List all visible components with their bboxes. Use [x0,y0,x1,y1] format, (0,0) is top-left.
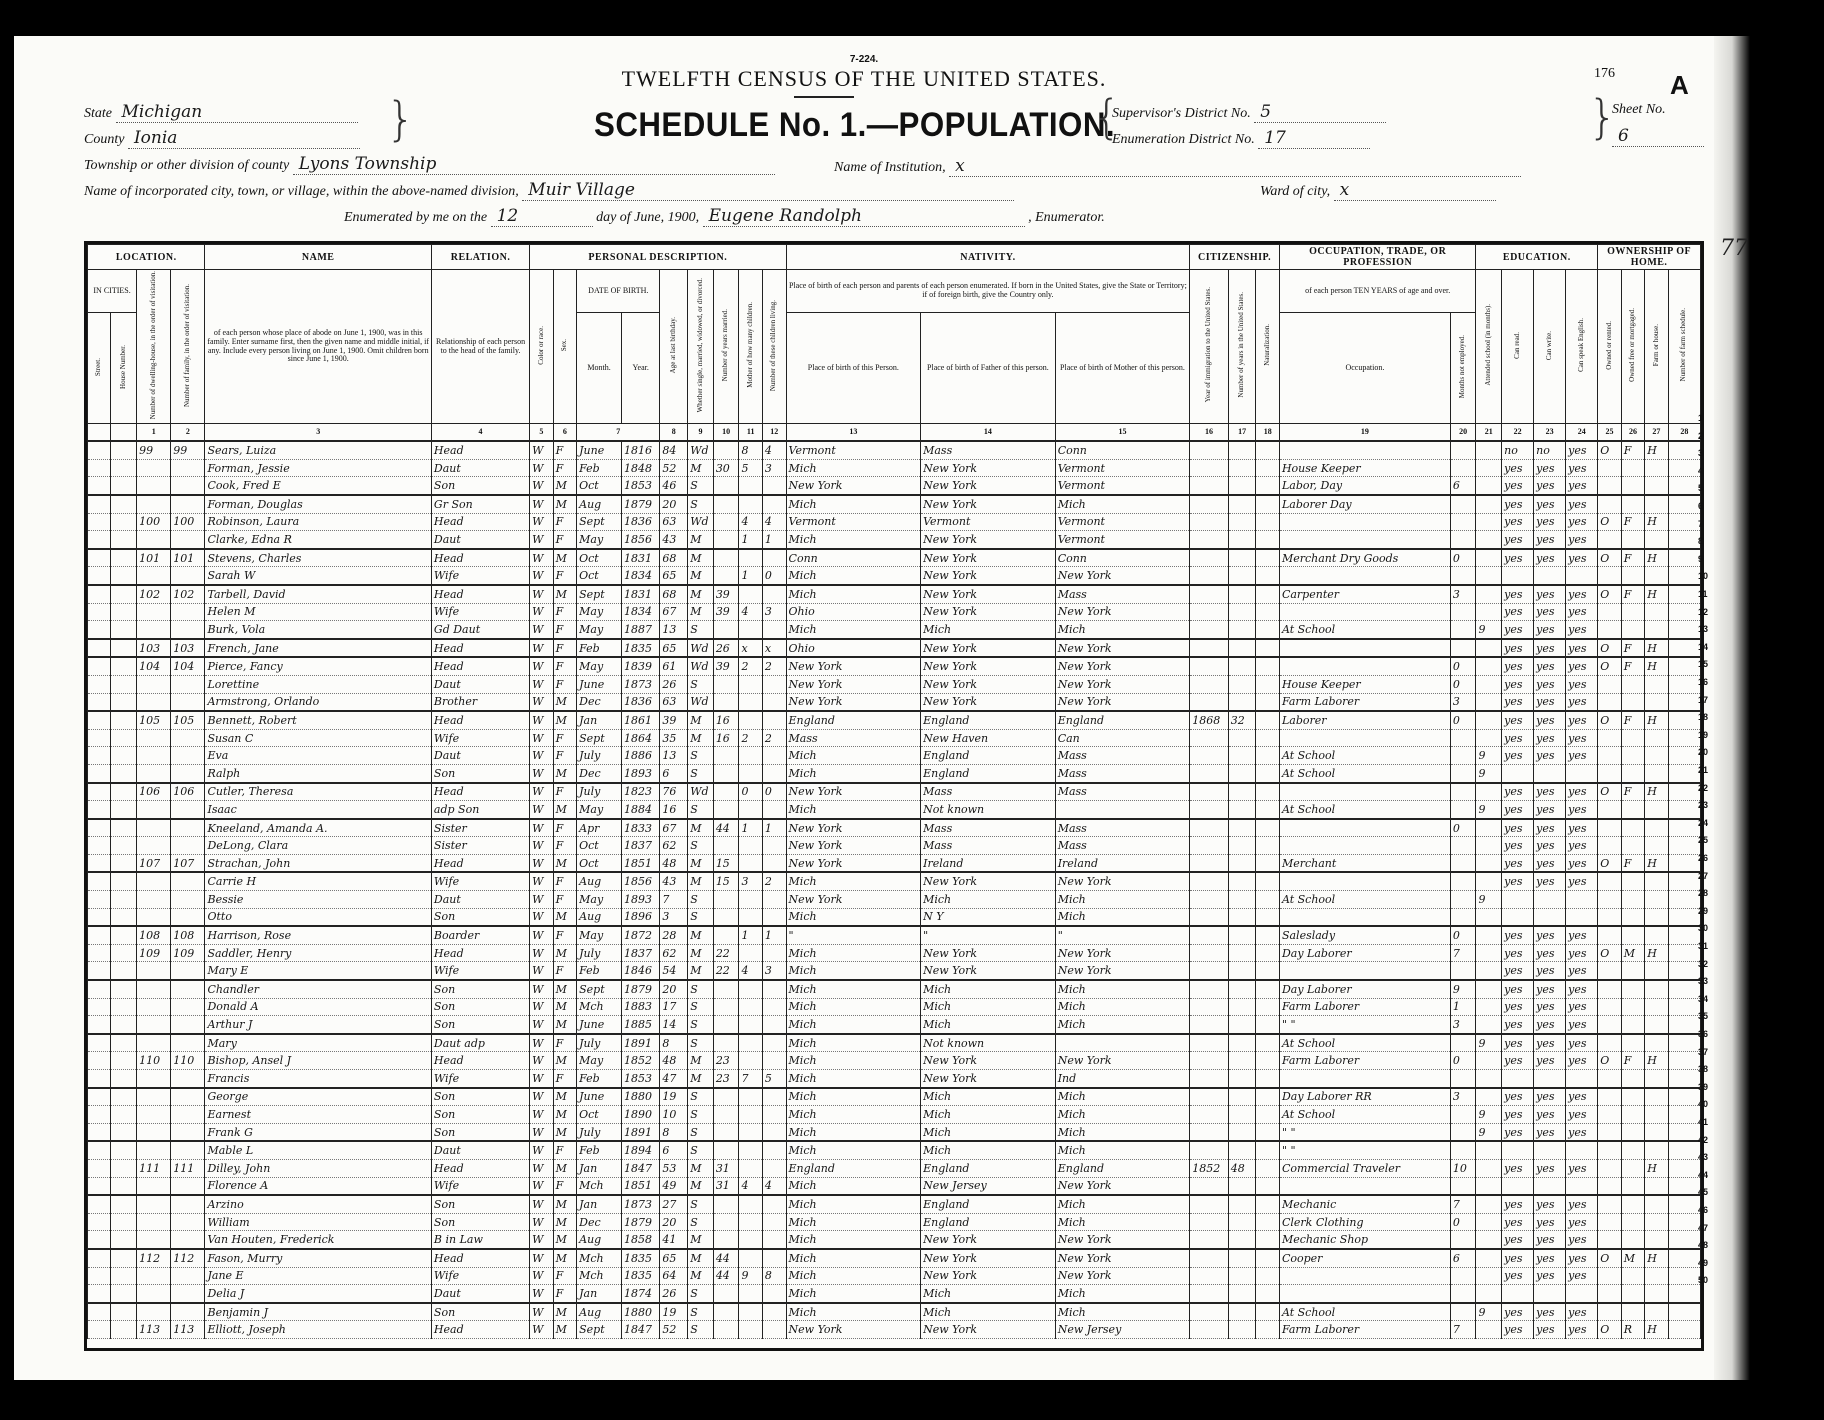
cell-marital-status: S [688,1213,714,1231]
cell-family-number [171,693,205,711]
table-row: 101101Stevens, CharlesHeadWMOct183168MCo… [88,549,1701,567]
cell-farm-or-house [1645,819,1668,837]
cell-owned-free-mortgaged [1621,1016,1644,1034]
cell-birthplace-mother: England [1055,1159,1190,1177]
row-number: 22 [1698,783,1708,793]
cell-birth-month: Oct [577,549,622,567]
cell-birthplace-mother: Mich [1055,1285,1190,1303]
cell-birth-year: 1858 [621,1231,659,1249]
cell-dwelling-number: 113 [137,1321,171,1339]
cell-age: 54 [660,962,688,980]
cell-sex: M [553,854,576,872]
cell-years-in-us [1228,837,1256,855]
cell-months-not-employed [1450,603,1476,621]
cell-owned-rented [1598,872,1621,890]
cell-sex: M [553,1213,576,1231]
cell-can-read: yes [1502,1034,1534,1052]
cell-attended-school [1476,1159,1502,1177]
cell-attended-school: 9 [1476,747,1502,765]
cell-dwelling-number [137,980,171,998]
cell-age: 8 [660,1123,688,1141]
cell-birthplace-father: New York [921,567,1056,585]
cell-years-married [713,1016,739,1034]
cell-relation: Wife [431,962,529,980]
cell-house-number [111,926,137,944]
cell-immigration-year [1190,459,1228,477]
cell-dwelling-number [137,837,171,855]
name-instructions: of each person whose place of abode on J… [205,270,431,424]
cell-birthplace-mother: England [1055,711,1190,729]
cell-mother-of: 2 [739,729,762,747]
cell-street [88,567,111,585]
cell-house-number [111,657,137,675]
cell-family-number [171,801,205,819]
cell-owned-rented [1598,891,1621,909]
cell-owned-rented [1598,1267,1621,1285]
title-divider [794,96,854,98]
cell-children-living: 5 [762,1070,786,1088]
cell-owned-rented [1598,459,1621,477]
cell-birthplace-mother: Mich [1055,1088,1190,1106]
cell-immigration-year [1190,729,1228,747]
cell-family-number [171,567,205,585]
cell-birthplace-person: Mich [786,1123,921,1141]
cell-street [88,1016,111,1034]
cell-can-read [1502,1141,1534,1159]
cell-birthplace-mother: Mich [1055,1123,1190,1141]
cell-marital-status: S [688,747,714,765]
cell-mother-of [739,693,762,711]
cell-farm-or-house [1645,1088,1668,1106]
cell-marital-status: M [688,531,714,549]
cell-years-in-us [1228,1231,1256,1249]
cell-attended-school [1476,1231,1502,1249]
cell-marital-status: M [688,1249,714,1267]
table-row: Forman, DouglasGr SonWMAug187920SMichNew… [88,495,1701,513]
cell-years-in-us [1228,854,1256,872]
cell-house-number [111,908,137,926]
cell-marital-status: S [688,1285,714,1303]
cell-can-write: yes [1534,837,1566,855]
cell-years-in-us [1228,1321,1256,1339]
cell-house-number [111,567,137,585]
col-marital-status: Whether single, married, widowed, or div… [688,270,714,424]
cell-person-name: Dilley, John [205,1159,431,1177]
enumerated-field: Enumerated by me on the 12 day of June, … [344,206,1105,227]
cell-age: 52 [660,459,688,477]
cell-sex: F [553,603,576,621]
cell-years-in-us: 48 [1228,1159,1256,1177]
table-row: Donald ASonWMMch188317SMichMichMichFarm … [88,998,1701,1016]
cell-mother-of [739,980,762,998]
row-number: 46 [1698,1205,1708,1215]
cell-farm-or-house: H [1645,639,1668,658]
cell-can-read: yes [1502,1016,1534,1034]
column-number: 15 [1055,424,1190,442]
cell-birthplace-person: New York [786,477,921,495]
cell-attended-school [1476,1088,1502,1106]
col-dwelling-number: Number of dwelling-house, in the order o… [137,270,171,424]
cell-immigration-year [1190,908,1228,926]
cell-family-number [171,603,205,621]
cell-immigration-year [1190,477,1228,495]
cell-mother-of: 0 [739,783,762,801]
cell-dwelling-number [137,567,171,585]
cell-sex: F [553,1177,576,1195]
column-number: 22 [1502,424,1534,442]
cell-birthplace-person: New York [786,1321,921,1339]
cell-family-number [171,729,205,747]
cell-attended-school [1476,459,1502,477]
cell-attended-school [1476,872,1502,890]
cell-marital-status: M [688,585,714,603]
cell-person-name: Francis [205,1070,431,1088]
cell-birth-year: 1886 [621,747,659,765]
table-row: OttoSonWMAug18963SMichN YMich [88,908,1701,926]
cell-children-living: 3 [762,459,786,477]
cell-birth-month: Sept [577,513,622,531]
cell-person-name: Bessie [205,891,431,909]
cell-attended-school [1476,1213,1502,1231]
cell-birthplace-person: Mich [786,1088,921,1106]
cell-birth-month: Sept [577,1321,622,1339]
cell-farm-schedule [1668,675,1700,693]
cell-age: 39 [660,711,688,729]
cell-marital-status: M [688,1231,714,1249]
cell-naturalization [1256,764,1279,782]
cell-birthplace-mother: Vermont [1055,459,1190,477]
cell-birthplace-mother: Mass [1055,837,1190,855]
cell-can-read: yes [1502,1249,1534,1267]
cell-can-write: yes [1534,819,1566,837]
cell-occupation: Mechanic [1279,1195,1450,1213]
cell-person-name: Cook, Fred E [205,477,431,495]
cell-color: W [530,1123,553,1141]
cell-farm-schedule [1668,998,1700,1016]
cell-color: W [530,585,553,603]
cell-naturalization [1256,621,1279,639]
cell-family-number [171,998,205,1016]
cell-farm-or-house: H [1645,441,1668,459]
cell-color: W [530,495,553,513]
cell-farm-or-house: H [1645,549,1668,567]
cell-birthplace-father: N Y [921,908,1056,926]
cell-occupation [1279,1267,1450,1285]
cell-years-in-us [1228,926,1256,944]
cell-attended-school [1476,837,1502,855]
cell-can-speak-english: yes [1566,1052,1598,1070]
cell-immigration-year [1190,747,1228,765]
cell-birthplace-person: Mich [786,962,921,980]
cell-can-speak-english: yes [1566,872,1598,890]
cell-years-in-us [1228,819,1256,837]
cell-children-living [762,980,786,998]
cell-can-speak-english: yes [1566,1034,1598,1052]
cell-can-read: yes [1502,657,1534,675]
table-row: 108108Harrison, RoseBoarderWFMay187228M1… [88,926,1701,944]
cell-marital-status: M [688,944,714,962]
cell-years-in-us [1228,549,1256,567]
cell-birth-year: 1834 [621,603,659,621]
cell-children-living: 2 [762,657,786,675]
cell-owned-rented [1598,1141,1621,1159]
cell-birthplace-person: Mich [786,1195,921,1213]
cell-can-write [1534,1070,1566,1088]
cell-farm-schedule [1668,764,1700,782]
cell-owned-free-mortgaged [1621,1267,1644,1285]
cell-immigration-year [1190,1285,1228,1303]
row-number: 30 [1698,923,1708,933]
cell-occupation: Merchant Dry Goods [1279,549,1450,567]
cell-owned-free-mortgaged: F [1621,585,1644,603]
cell-children-living [762,1159,786,1177]
cell-street [88,549,111,567]
township-value: Lyons Township [293,154,775,175]
cell-birthplace-mother: Ind [1055,1070,1190,1088]
cell-months-not-employed [1450,531,1476,549]
col-years-in-us: Number of years in the United States. [1228,270,1256,424]
cell-street [88,621,111,639]
col-birthplace-father: Place of birth of Father of this person. [921,313,1056,424]
cell-children-living [762,944,786,962]
cell-birthplace-mother: " [1055,926,1190,944]
cell-years-married [713,495,739,513]
cell-years-in-us [1228,747,1256,765]
cell-birthplace-mother: Mich [1055,980,1190,998]
cell-farm-or-house [1645,891,1668,909]
cell-marital-status: S [688,1123,714,1141]
cell-street [88,459,111,477]
cell-street [88,1321,111,1339]
cell-attended-school [1476,1141,1502,1159]
cell-years-in-us [1228,693,1256,711]
cell-farm-schedule [1668,1303,1700,1321]
cell-can-speak-english: yes [1566,1249,1598,1267]
row-number: 38 [1698,1064,1708,1074]
cell-farm-or-house [1645,801,1668,819]
cell-marital-status: M [688,1052,714,1070]
cell-relation: Head [431,944,529,962]
cell-farm-schedule [1668,585,1700,603]
cell-attended-school: 9 [1476,1106,1502,1124]
cell-attended-school [1476,531,1502,549]
cell-birthplace-person: Mich [786,621,921,639]
cell-dwelling-number [137,1267,171,1285]
cell-children-living [762,477,786,495]
cell-color: W [530,621,553,639]
cell-dwelling-number [137,729,171,747]
cell-attended-school [1476,585,1502,603]
cell-owned-free-mortgaged [1621,1195,1644,1213]
cell-owned-rented: O [1598,549,1621,567]
cell-age: 53 [660,1159,688,1177]
cell-sex: F [553,1070,576,1088]
cell-can-read: yes [1502,1106,1534,1124]
cell-house-number [111,962,137,980]
cell-children-living: 8 [762,1267,786,1285]
cell-owned-free-mortgaged: F [1621,639,1644,658]
cell-occupation: Saleslady [1279,926,1450,944]
cell-naturalization [1256,998,1279,1016]
cell-street [88,1088,111,1106]
county-field: County Ionia [84,128,360,149]
cell-birth-month: Feb [577,1141,622,1159]
cell-person-name: Bennett, Robert [205,711,431,729]
cell-immigration-year [1190,1213,1228,1231]
cell-can-write: yes [1534,1016,1566,1034]
cell-occupation: House Keeper [1279,459,1450,477]
cell-naturalization [1256,1052,1279,1070]
cell-naturalization [1256,1123,1279,1141]
cell-birthplace-person: Mich [786,1106,921,1124]
cell-dwelling-number [137,693,171,711]
cell-owned-rented [1598,1213,1621,1231]
table-row: Carrie HWifeWFAug185643M1532MichNew York… [88,872,1701,890]
cell-family-number [171,747,205,765]
cell-birth-month: Feb [577,1070,622,1088]
cell-birth-month: July [577,783,622,801]
cell-age: 3 [660,908,688,926]
institution-field: Name of Institution, x [834,156,1521,177]
cell-street [88,585,111,603]
cell-relation: Son [431,1195,529,1213]
cell-color: W [530,1141,553,1159]
cell-years-married: 31 [713,1159,739,1177]
cell-months-not-employed [1450,801,1476,819]
cell-age: 28 [660,926,688,944]
cell-can-speak-english: yes [1566,801,1598,819]
cell-attended-school [1476,729,1502,747]
cell-dwelling-number [137,675,171,693]
cell-birthplace-person: Mich [786,495,921,513]
cell-children-living [762,549,786,567]
cell-years-married: 26 [713,639,739,658]
enumerated-month-label: day of June, 1900, [596,210,699,225]
cell-birth-year: 1891 [621,1123,659,1141]
cell-owned-rented: O [1598,783,1621,801]
cell-sex: F [553,459,576,477]
cell-color: W [530,801,553,819]
cell-dwelling-number [137,495,171,513]
cell-birthplace-mother: Mich [1055,908,1190,926]
cell-age: 63 [660,693,688,711]
cell-dwelling-number [137,1303,171,1321]
cell-owned-rented [1598,1285,1621,1303]
cell-naturalization [1256,531,1279,549]
cell-attended-school: 9 [1476,1034,1502,1052]
cell-farm-or-house [1645,1231,1668,1249]
cell-person-name: Forman, Douglas [205,495,431,513]
cell-family-number: 103 [171,639,205,658]
cell-owned-rented [1598,1123,1621,1141]
cell-birthplace-father: New York [921,675,1056,693]
cell-years-in-us [1228,962,1256,980]
cell-relation: Daut [431,1141,529,1159]
col-attended-school: Attended school (in months). [1476,270,1502,424]
cell-can-read: yes [1502,1123,1534,1141]
cell-years-in-us [1228,1016,1256,1034]
cell-sex: M [553,998,576,1016]
cell-attended-school [1476,513,1502,531]
cell-can-speak-english: yes [1566,513,1598,531]
cell-years-in-us [1228,908,1256,926]
cell-street [88,926,111,944]
table-row: RalphSonWMDec18936SMichEnglandMassAt Sch… [88,764,1701,782]
cell-attended-school [1476,1285,1502,1303]
county-value: Ionia [128,128,360,149]
cell-sex: F [553,837,576,855]
cell-immigration-year [1190,603,1228,621]
cell-children-living [762,801,786,819]
margin-note: 77 [1720,236,1748,261]
cell-dwelling-number [137,1016,171,1034]
cell-years-married [713,1106,739,1124]
cell-years-in-us [1228,1303,1256,1321]
cell-occupation [1279,1285,1450,1303]
cell-sex: F [553,639,576,658]
cell-can-read: yes [1502,711,1534,729]
cell-naturalization [1256,1213,1279,1231]
cell-marital-status: S [688,621,714,639]
cell-can-speak-english: yes [1566,711,1598,729]
cell-sex: F [553,1034,576,1052]
cell-sex: M [553,1016,576,1034]
cell-owned-rented [1598,1195,1621,1213]
cell-birth-month: Jan [577,1285,622,1303]
cell-immigration-year [1190,854,1228,872]
cell-family-number [171,621,205,639]
cell-sex: M [553,980,576,998]
cell-street [88,1141,111,1159]
cell-birthplace-father: Mass [921,441,1056,459]
cell-naturalization [1256,1285,1279,1303]
cell-color: W [530,1052,553,1070]
cell-immigration-year [1190,621,1228,639]
cell-naturalization [1256,675,1279,693]
cell-can-write: yes [1534,747,1566,765]
cell-dwelling-number [137,891,171,909]
table-row: DeLong, ClaraSisterWFOct183762SNew YorkM… [88,837,1701,855]
cell-mother-of [739,801,762,819]
cell-birth-year: 1896 [621,908,659,926]
cell-can-read: yes [1502,872,1534,890]
cell-children-living: 1 [762,531,786,549]
cell-children-living [762,585,786,603]
cell-house-number [111,837,137,855]
cell-street [88,980,111,998]
cell-sex: M [553,908,576,926]
cell-mother-of: 4 [739,962,762,980]
cell-dwelling-number [137,1070,171,1088]
cell-mother-of [739,1159,762,1177]
cell-years-married [713,1141,739,1159]
cell-birthplace-mother: Vermont [1055,531,1190,549]
cell-relation: Gr Son [431,495,529,513]
cell-marital-status: S [688,1141,714,1159]
cell-age: 61 [660,657,688,675]
cell-mother-of [739,1106,762,1124]
cell-street [88,1267,111,1285]
cell-person-name: Bishop, Ansel J [205,1052,431,1070]
cell-can-write: yes [1534,801,1566,819]
cell-can-speak-english [1566,891,1598,909]
cell-occupation: At School [1279,621,1450,639]
cell-years-in-us [1228,980,1256,998]
cell-house-number [111,1231,137,1249]
cell-immigration-year [1190,513,1228,531]
cell-occupation: At School [1279,1106,1450,1124]
cell-house-number [111,729,137,747]
